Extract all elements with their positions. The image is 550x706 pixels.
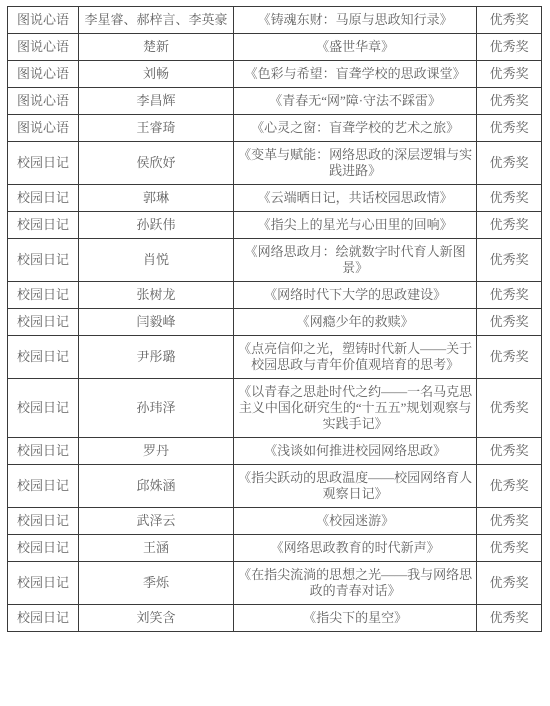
table-row: 校园日记 张树龙 《网络时代下大学的思政建设》 优秀奖 — [8, 282, 542, 309]
author-cell: 楚新 — [79, 34, 234, 61]
award-cell: 优秀奖 — [477, 508, 542, 535]
title-cell: 《点亮信仰之光，塑铸时代新人——关于校园思政与青年价值观培育的思考》 — [233, 336, 477, 379]
award-results-table: 图说心语 李星睿、郝梓言、李英豪 《铸魂东财：马原与思政知行录》 优秀奖 图说心… — [7, 6, 542, 632]
author-cell: 侯欣妤 — [79, 142, 234, 185]
table-row: 图说心语 李星睿、郝梓言、李英豪 《铸魂东财：马原与思政知行录》 优秀奖 — [8, 7, 542, 34]
category-cell: 校园日记 — [8, 508, 79, 535]
title-cell: 《指尖跃动的思政温度——校园网络育人观察日记》 — [233, 465, 477, 508]
table-row: 校园日记 王涵 《网络思政教育的时代新声》 优秀奖 — [8, 535, 542, 562]
award-cell: 优秀奖 — [477, 61, 542, 88]
title-cell: 《校园迷游》 — [233, 508, 477, 535]
award-cell: 优秀奖 — [477, 379, 542, 438]
author-cell: 刘畅 — [79, 61, 234, 88]
table-row: 图说心语 楚新 《盛世华章》 优秀奖 — [8, 34, 542, 61]
category-cell: 图说心语 — [8, 7, 79, 34]
table-row: 校园日记 尹彤璐 《点亮信仰之光，塑铸时代新人——关于校园思政与青年价值观培育的… — [8, 336, 542, 379]
document-page: 图说心语 李星睿、郝梓言、李英豪 《铸魂东财：马原与思政知行录》 优秀奖 图说心… — [0, 0, 550, 706]
title-cell: 《网瘾少年的救赎》 — [233, 309, 477, 336]
table-row: 校园日记 闫毅峰 《网瘾少年的救赎》 优秀奖 — [8, 309, 542, 336]
category-cell: 校园日记 — [8, 309, 79, 336]
author-cell: 王睿琦 — [79, 115, 234, 142]
author-cell: 季烁 — [79, 562, 234, 605]
table-row: 校园日记 刘笑含 《指尖下的星空》 优秀奖 — [8, 605, 542, 632]
author-cell: 孙玮泽 — [79, 379, 234, 438]
award-cell: 优秀奖 — [477, 282, 542, 309]
category-cell: 校园日记 — [8, 379, 79, 438]
title-cell: 《盛世华章》 — [233, 34, 477, 61]
author-cell: 尹彤璐 — [79, 336, 234, 379]
award-cell: 优秀奖 — [477, 239, 542, 282]
category-cell: 校园日记 — [8, 336, 79, 379]
title-cell: 《青春无“网”障·守法不踩雷》 — [233, 88, 477, 115]
table-row: 校园日记 武泽云 《校园迷游》 优秀奖 — [8, 508, 542, 535]
category-cell: 图说心语 — [8, 115, 79, 142]
table-row: 校园日记 孙玮泽 《以青春之思赴时代之约——一名马克思主义中国化研究生的“十五五… — [8, 379, 542, 438]
category-cell: 校园日记 — [8, 465, 79, 508]
category-cell: 校园日记 — [8, 142, 79, 185]
title-cell: 《以青春之思赴时代之约——一名马克思主义中国化研究生的“十五五”规划观察与实践手… — [233, 379, 477, 438]
award-cell: 优秀奖 — [477, 438, 542, 465]
author-cell: 王涵 — [79, 535, 234, 562]
award-cell: 优秀奖 — [477, 336, 542, 379]
award-cell: 优秀奖 — [477, 605, 542, 632]
category-cell: 校园日记 — [8, 282, 79, 309]
title-cell: 《在指尖流淌的思想之光——我与网络思政的青春对话》 — [233, 562, 477, 605]
author-cell: 郭琳 — [79, 185, 234, 212]
title-cell: 《变革与赋能：网络思政的深层逻辑与实践进路》 — [233, 142, 477, 185]
title-cell: 《网络时代下大学的思政建设》 — [233, 282, 477, 309]
award-cell: 优秀奖 — [477, 142, 542, 185]
table-row: 校园日记 孙跃伟 《指尖上的星光与心田里的回响》 优秀奖 — [8, 212, 542, 239]
award-cell: 优秀奖 — [477, 465, 542, 508]
category-cell: 校园日记 — [8, 239, 79, 282]
category-cell: 校园日记 — [8, 185, 79, 212]
award-cell: 优秀奖 — [477, 115, 542, 142]
category-cell: 校园日记 — [8, 535, 79, 562]
category-cell: 校园日记 — [8, 438, 79, 465]
author-cell: 刘笑含 — [79, 605, 234, 632]
award-cell: 优秀奖 — [477, 562, 542, 605]
table-row: 校园日记 罗丹 《浅谈如何推进校园网络思政》 优秀奖 — [8, 438, 542, 465]
table-row: 校园日记 季烁 《在指尖流淌的思想之光——我与网络思政的青春对话》 优秀奖 — [8, 562, 542, 605]
award-cell: 优秀奖 — [477, 535, 542, 562]
table-row: 校园日记 郭琳 《云端晒日记，共话校园思政情》 优秀奖 — [8, 185, 542, 212]
title-cell: 《网络思政教育的时代新声》 — [233, 535, 477, 562]
title-cell: 《云端晒日记，共话校园思政情》 — [233, 185, 477, 212]
title-cell: 《指尖上的星光与心田里的回响》 — [233, 212, 477, 239]
author-cell: 闫毅峰 — [79, 309, 234, 336]
award-cell: 优秀奖 — [477, 7, 542, 34]
author-cell: 李昌辉 — [79, 88, 234, 115]
table-row: 校园日记 侯欣妤 《变革与赋能：网络思政的深层逻辑与实践进路》 优秀奖 — [8, 142, 542, 185]
author-cell: 肖悦 — [79, 239, 234, 282]
award-cell: 优秀奖 — [477, 309, 542, 336]
title-cell: 《浅谈如何推进校园网络思政》 — [233, 438, 477, 465]
title-cell: 《指尖下的星空》 — [233, 605, 477, 632]
table-row: 图说心语 李昌辉 《青春无“网”障·守法不踩雷》 优秀奖 — [8, 88, 542, 115]
title-cell: 《心灵之窗：盲聋学校的艺术之旅》 — [233, 115, 477, 142]
category-cell: 校园日记 — [8, 212, 79, 239]
author-cell: 张树龙 — [79, 282, 234, 309]
author-cell: 武泽云 — [79, 508, 234, 535]
category-cell: 图说心语 — [8, 34, 79, 61]
author-cell: 邱姝涵 — [79, 465, 234, 508]
title-cell: 《铸魂东财：马原与思政知行录》 — [233, 7, 477, 34]
author-cell: 孙跃伟 — [79, 212, 234, 239]
award-cell: 优秀奖 — [477, 88, 542, 115]
award-cell: 优秀奖 — [477, 185, 542, 212]
award-cell: 优秀奖 — [477, 212, 542, 239]
award-results-table-body: 图说心语 李星睿、郝梓言、李英豪 《铸魂东财：马原与思政知行录》 优秀奖 图说心… — [8, 7, 542, 632]
title-cell: 《网络思政月：绘就数字时代育人新图景》 — [233, 239, 477, 282]
table-row: 校园日记 邱姝涵 《指尖跃动的思政温度——校园网络育人观察日记》 优秀奖 — [8, 465, 542, 508]
category-cell: 校园日记 — [8, 562, 79, 605]
category-cell: 校园日记 — [8, 605, 79, 632]
author-cell: 李星睿、郝梓言、李英豪 — [79, 7, 234, 34]
category-cell: 图说心语 — [8, 61, 79, 88]
table-row: 图说心语 刘畅 《色彩与希望：盲聋学校的思政课堂》 优秀奖 — [8, 61, 542, 88]
title-cell: 《色彩与希望：盲聋学校的思政课堂》 — [233, 61, 477, 88]
table-row: 校园日记 肖悦 《网络思政月：绘就数字时代育人新图景》 优秀奖 — [8, 239, 542, 282]
category-cell: 图说心语 — [8, 88, 79, 115]
author-cell: 罗丹 — [79, 438, 234, 465]
award-cell: 优秀奖 — [477, 34, 542, 61]
table-row: 图说心语 王睿琦 《心灵之窗：盲聋学校的艺术之旅》 优秀奖 — [8, 115, 542, 142]
